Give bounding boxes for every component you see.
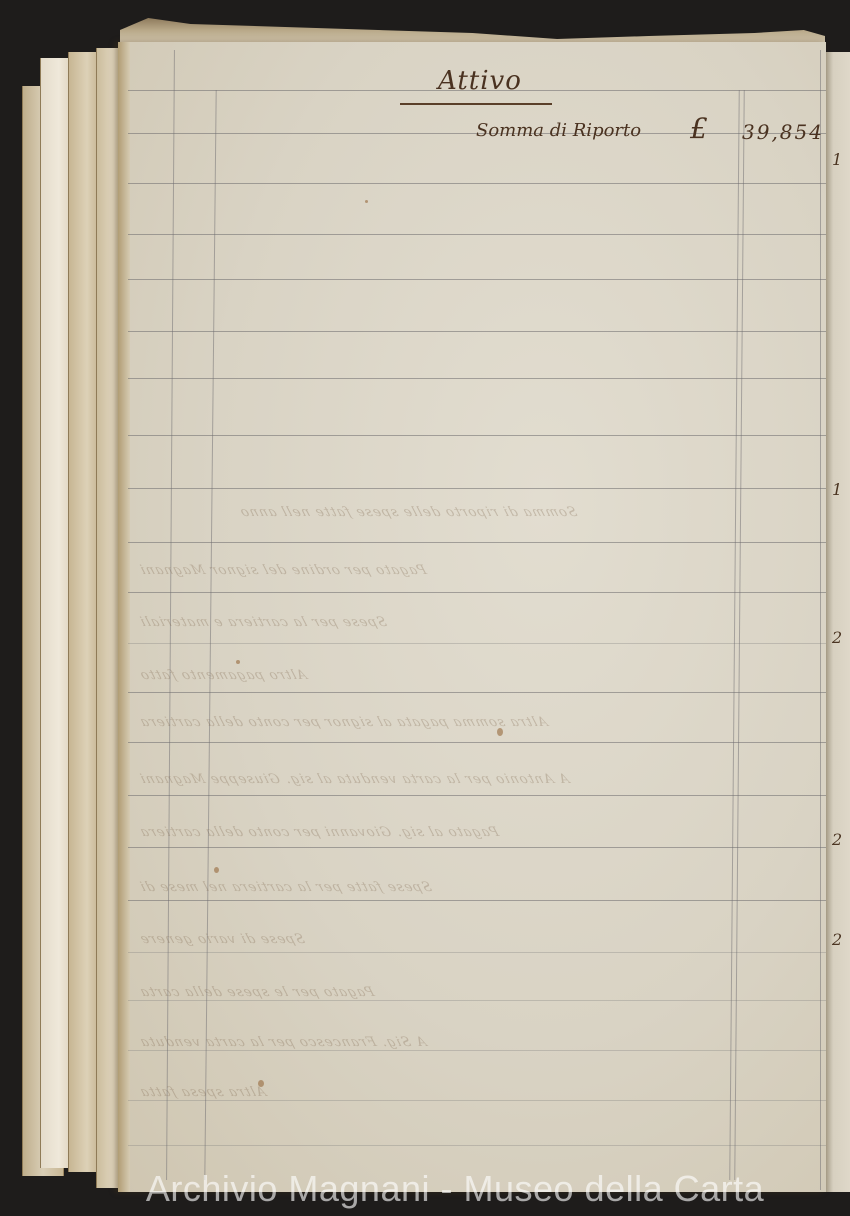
facing-page-number: 1 [832,480,842,499]
ruling-line [128,643,826,644]
ruling-line [128,847,826,848]
foxing-spot [258,1080,264,1087]
ledger-heading: Attivo [438,66,522,96]
ruling-line [128,795,826,796]
ruling-line [128,435,826,436]
bleed-through-text: Altra somma pagata al signor per conto d… [138,715,550,730]
foxing-spot [236,660,240,664]
foxing-spot [365,200,368,203]
bleed-through-text: Spese fatte per la cartiera nel mese di [138,880,434,895]
entry-amount: 39,854 [742,120,824,144]
bleed-through-text: Somma di riporto delle spese fatte nell … [238,505,580,520]
ruling-line [128,1000,826,1001]
bleed-through-text: Pagato al sig. Giovanni per conto della … [138,825,502,840]
facing-page-strip [826,52,850,1192]
facing-page-number: 2 [832,930,842,949]
foxing-spot [497,728,503,736]
bleed-through-text: Pagato per le spese della carta [138,985,377,1000]
ruling-line [128,592,826,593]
bleed-through-text: Spese di vario genere [138,932,307,947]
facing-page-number: 2 [832,628,842,647]
bleed-through-text: Pagato per ordine del signor Magnani [138,563,429,578]
ruling-line [128,488,826,489]
ruling-line [128,378,826,379]
foxing-spot [214,867,219,873]
bleed-through-text: Altra spesa fatta [138,1085,269,1100]
ruling-line [128,952,826,953]
ruling-line [128,279,826,280]
entry-label: Somma di Riporto [476,120,641,141]
scanned-ledger: 1 1 2 2 2 Somma di riporto delle spese f… [0,0,850,1216]
ruling-line [128,183,826,184]
facing-page-number: 2 [832,830,842,849]
archive-watermark: Archivio Magnani - Museo della Carta [0,1168,850,1210]
ruling-line [128,234,826,235]
bleed-through-text: Spese per la cartiera e materiali [138,615,389,630]
ruling-line [128,692,826,693]
page-right-edge [820,50,821,1190]
facing-page-number: 1 [832,150,842,169]
page-binding-edge [118,42,130,1192]
ruling-line [128,331,826,332]
ruling-line [128,1145,826,1146]
currency-symbol: £ [690,112,708,145]
bleed-through-text: Altro pagamento fatto [138,668,309,683]
ruling-line [128,1100,826,1101]
heading-underline [400,103,552,105]
ruling-line [128,542,826,543]
ruling-line [128,1050,826,1051]
ruling-line [128,742,826,743]
bleed-through-text: A Antonio per la carta venduta al sig. G… [138,772,572,787]
bleed-through-text: A Sig. Francesco per la carta venduta [138,1035,429,1050]
ruling-line [128,900,826,901]
